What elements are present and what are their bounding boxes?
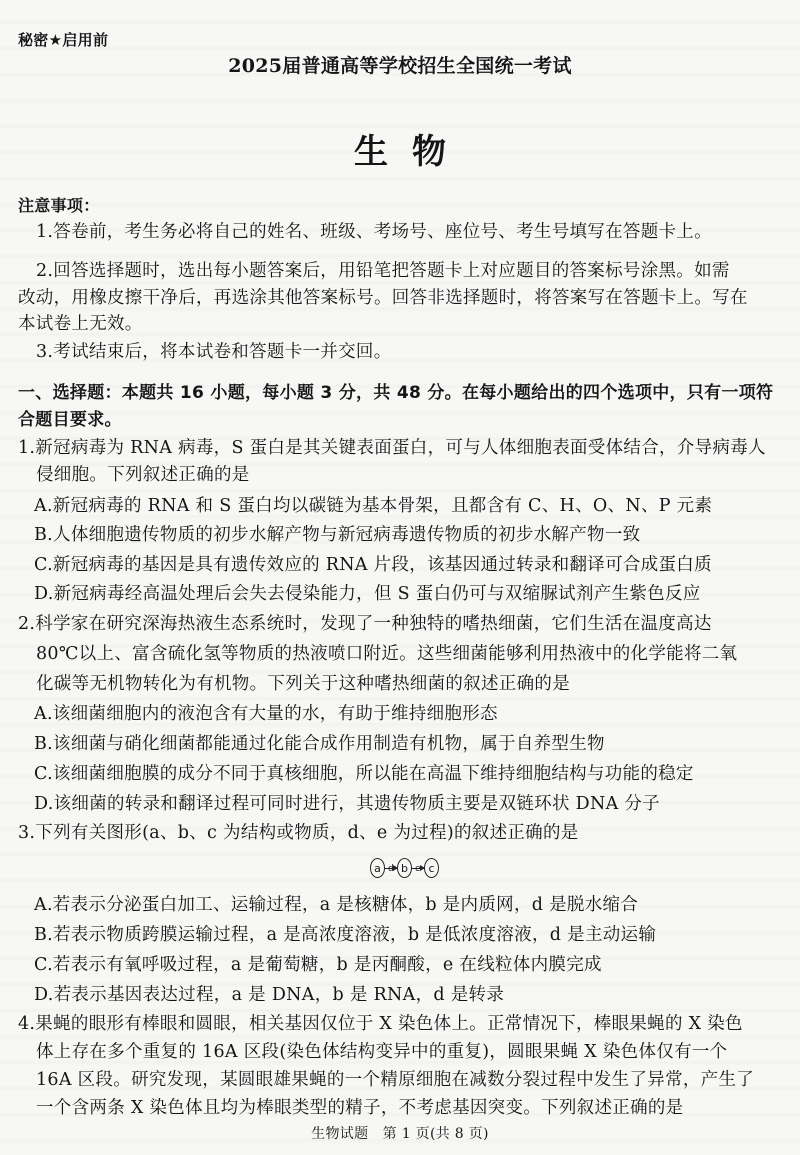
option-b: B.若表示物质跨膜运输过程，a 是高浓度溶液，b 是低浓度溶液，d 是主动运输 [34,923,656,947]
scan-texture [0,0,800,1155]
arrow-icon: e [412,868,424,869]
question-stem: 一个含两条 X 染色体且均为棒眼类型的精子，不考虑基因突变。下列叙述正确的是 [36,1096,683,1120]
question-stem: 1.新冠病毒为 RNA 病毒，S 蛋白是其关键表面蛋白，可与人体细胞表面受体结合… [18,436,766,460]
option-a: A.若表示分泌蛋白加工、运输过程，a 是核糖体，b 是内质网，d 是脱水缩合 [34,893,638,917]
question-stem: 80℃以上、富含硫化氢等物质的热液喷口附近。这些细菌能够利用热液中的化学能将二氧 [36,642,737,666]
option-d: D.该细菌的转录和翻译过程可同时进行，其遗传物质主要是双链环状 DNA 分子 [34,792,660,816]
option-d: D.新冠病毒经高温处理后会失去侵染能力，但 S 蛋白仍可与双缩脲试剂产生紫色反应 [34,582,701,606]
option-d: D.若表示基因表达过程，a 是 DNA，b 是 RNA，d 是转录 [34,983,504,1007]
diagram-edge-d: d [388,864,394,874]
subject-title: 生物 [0,132,800,172]
question-stem: 2.科学家在研究深海热液生态系统时，发现了一种独特的嗜热细菌，它们生活在温度高达 [18,612,712,636]
question-stem: 4.果蝇的眼形有棒眼和圆眼，相关基因仅位于 X 染色体上。正常情况下，棒眼果蝇的… [18,1012,743,1036]
confidential-label: 秘密★启用前 [18,28,108,52]
question-stem: 3.下列有关图形(a、b、c 为结构或物质，d、e 为过程)的叙述正确的是 [18,821,579,845]
section-heading: 合题目要求。 [18,408,122,432]
diagram-edge-e: e [415,864,421,874]
exam-page: 秘密★启用前 2025届普通高等学校招生全国统一考试 生物 注意事项： 1.答卷… [0,0,800,1155]
notice-line: 1.答卷前，考生务必将自己的姓名、班级、考场号、座位号、考生号填写在答题卡上。 [36,220,712,244]
notice-line: 3.考试结束后，将本试卷和答题卡一并交回。 [36,340,392,364]
page-footer: 生物试题 第 1 页(共 8 页) [0,1122,800,1146]
question-stem: 侵细胞。下列叙述正确的是 [36,463,250,487]
notice-line: 2.回答选择题时，选出每小题答案后，用铅笔把答题卡上对应题目的答案标号涂黑。如需 [36,259,730,283]
option-c: C.新冠病毒的基因是具有遗传效应的 RNA 片段，该基因通过转录和翻译可合成蛋白… [34,553,712,577]
process-diagram: a d b e c [370,857,440,879]
option-a: A.新冠病毒的 RNA 和 S 蛋白均以碳链为基本骨架，且都含有 C、H、O、N… [34,494,712,518]
diagram-node-c: c [424,858,439,878]
option-c: C.若表示有氧呼吸过程，a 是葡萄糖，b 是丙酮酸，e 在线粒体内膜完成 [34,953,602,977]
option-b: B.该细菌与硝化细菌都能通过化能合成作用制造有机物，属于自养型生物 [34,732,605,756]
question-stem: 体上存在多个重复的 16A 区段(染色体结构变异中的重复)，圆眼果蝇 X 染色体… [36,1040,727,1064]
section-heading: 一、选择题：本题共 16 小题，每小题 3 分，共 48 分。在每小题给出的四个… [18,381,773,405]
option-a: A.该细菌细胞内的液泡含有大量的水，有助于维持细胞形态 [34,702,498,726]
notice-line: 本试卷上无效。 [18,312,143,336]
exam-title: 2025届普通高等学校招生全国统一考试 [0,54,800,78]
diagram-node-a: a [370,858,385,878]
question-stem: 化碳等无机物转化为有机物。下列关于这种嗜热细菌的叙述正确的是 [36,672,570,696]
arrow-icon: d [385,868,397,869]
question-stem: 16A 区段。研究发现，某圆眼雄果蝇的一个精原细胞在减数分裂过程中发生了异常，产… [36,1068,754,1092]
diagram-node-b: b [397,858,412,878]
option-b: B.人体细胞遗传物质的初步水解产物与新冠病毒遗传物质的初步水解产物一致 [34,523,640,547]
notice-title: 注意事项： [18,194,100,218]
option-c: C.该细菌细胞膜的成分不同于真核细胞，所以能在高温下维持细胞结构与功能的稳定 [34,762,694,786]
notice-line: 改动，用橡皮擦干净后，再选涂其他答案标号。回答非选择题时，将答案写在答题卡上。写… [18,286,748,310]
